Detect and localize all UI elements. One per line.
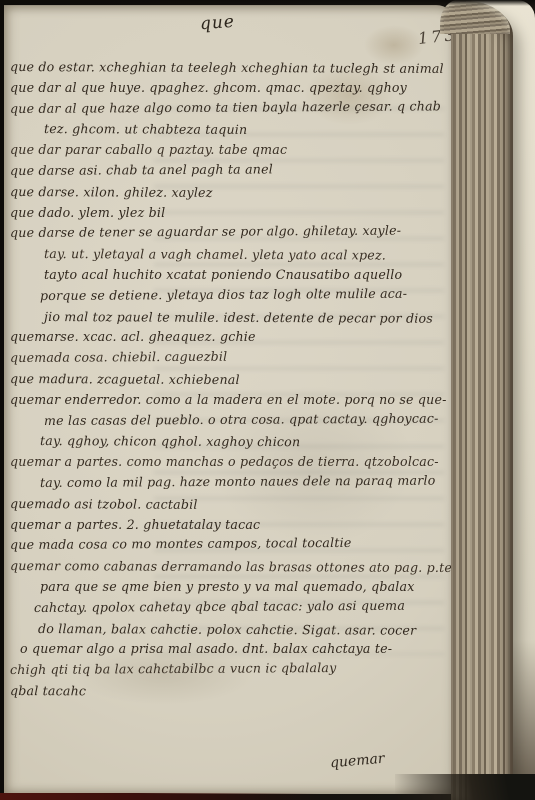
manuscript-line: que mada cosa co mo montes campos, tocal… xyxy=(10,533,452,556)
manuscript-line: jio mal toz pauel te mulile. idest. dete… xyxy=(44,307,452,330)
manuscript-line: quemar a partes. como manchas o pedaços … xyxy=(10,452,452,473)
manuscript-line: que darse asi. chab ta anel pagh ta anel xyxy=(10,158,452,181)
top-edge-shadow xyxy=(0,0,535,6)
manuscript-line: que darse de tener se aguardar se por al… xyxy=(10,221,452,244)
book-photo: que 173 que do estar. xcheghian ta teele… xyxy=(0,0,535,800)
manuscript-line: que dar al que huye. qpaghez. ghcom. qma… xyxy=(10,78,452,99)
manuscript-line: do llaman, balax cahctie. polox cahctie.… xyxy=(38,619,452,642)
manuscript-line: me las casas del pueblo. o otra cosa. qp… xyxy=(44,408,452,431)
manuscript-line: chigh qti tiq ba lax cahctabilbc a vucn … xyxy=(10,657,452,680)
running-head: que xyxy=(199,12,235,34)
manuscript-line: porque se detiene. yletaya dios taz logh… xyxy=(40,283,452,306)
text-block: que do estar. xcheghian ta teelegh xcheg… xyxy=(10,57,452,702)
manuscript-line: tayto acal huchito xcatat poniendo Cnaus… xyxy=(44,265,452,286)
manuscript-line: quemada cosa. chiebil. caguezbil xyxy=(10,345,452,368)
manuscript-line: quemado asi tzobol. cactabil xyxy=(10,494,452,517)
manuscript-line: tay. qghoy, chicon qghol. xaghoy chicon xyxy=(40,431,452,454)
manuscript-line: tay. ut. yletayal a vagh chamel. yleta y… xyxy=(44,244,452,267)
manuscript-line: quemar como cabanas derramando las brasa… xyxy=(10,556,452,579)
manuscript-line: que do estar. xcheghian ta teelegh xcheg… xyxy=(10,57,452,80)
manuscript-line: tez. ghcom. ut chabteza taquin xyxy=(44,119,452,142)
book-cover-edge xyxy=(0,793,460,800)
manuscript-line: quemar enderredor. como a la madera en e… xyxy=(10,390,452,411)
book-fore-edge xyxy=(451,2,513,800)
manuscript-line: cahctay. qpolox cahetay qbce qbal tacac:… xyxy=(34,595,452,618)
manuscript-line: para que se qme bien y presto y va mal q… xyxy=(40,577,452,598)
manuscript-line: que dar al que haze algo como ta tien ba… xyxy=(10,96,452,119)
manuscript-line: que darse. xilon. ghilez. xaylez xyxy=(10,182,452,205)
manuscript-line: qbal tacahc xyxy=(10,681,452,704)
catchword: quemar xyxy=(329,751,385,772)
manuscript-line: que madura. zcaguetal. xchiebenal xyxy=(10,369,452,392)
manuscript-page: que 173 que do estar. xcheghian ta teele… xyxy=(4,5,456,794)
manuscript-line: tay. como la mil pag. haze monto naues d… xyxy=(40,470,452,493)
